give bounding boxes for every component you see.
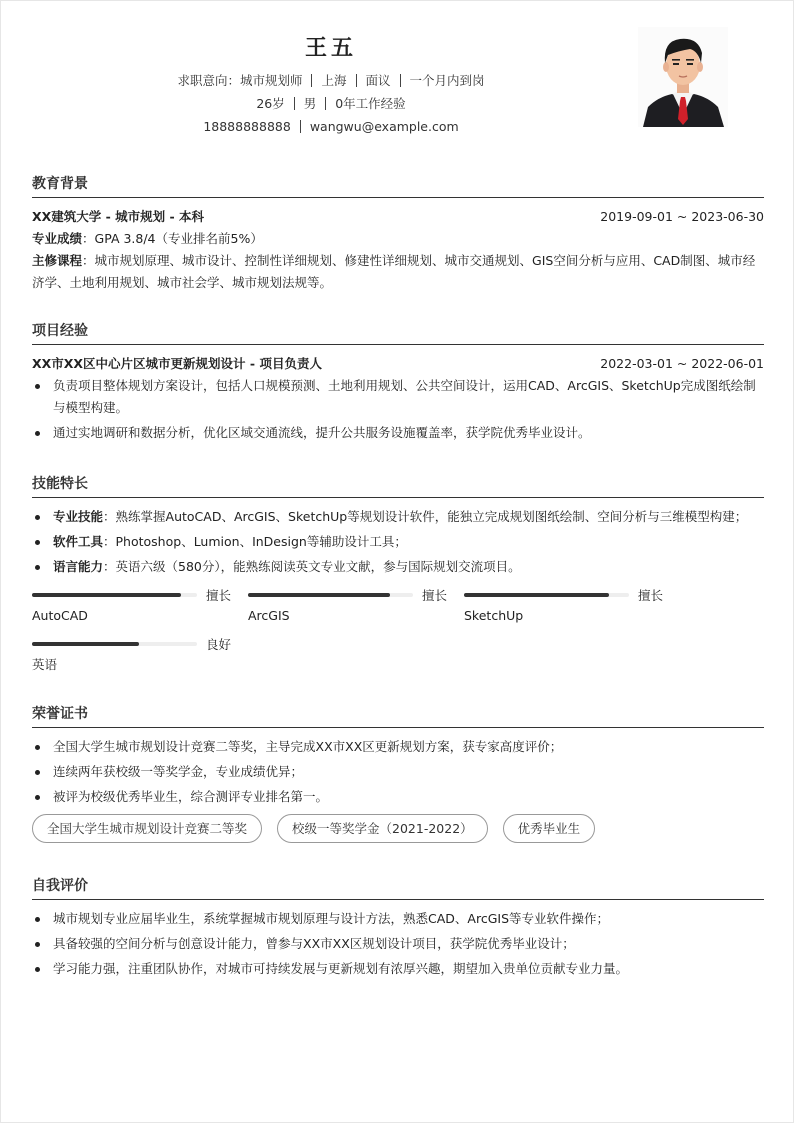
person-portrait-icon bbox=[638, 27, 728, 127]
progress-bar bbox=[464, 593, 629, 597]
skill-text: ：熟练掌握AutoCAD、ArcGIS、SketchUp等规划设计软件，能独立完… bbox=[103, 509, 747, 524]
basic-info-line: 26岁男0年工作经验 bbox=[1, 95, 661, 113]
self-evaluation-section: 自我评价 城市规划专业应届毕业生，系统掌握城市规划原理与设计方法，熟悉CAD、A… bbox=[32, 875, 764, 983]
skill-name: 英语 bbox=[32, 654, 248, 676]
honors-section: 荣誉证书 全国大学生城市规划设计竞赛二等奖，主导完成XX市XX区更新规划方案，获… bbox=[32, 703, 764, 843]
location: 上海 bbox=[321, 73, 346, 88]
avatar bbox=[638, 27, 728, 127]
separator bbox=[294, 97, 295, 110]
honor-tag: 校级一等奖学金（2021-2022） bbox=[277, 814, 488, 843]
list-item: 学习能力强，注重团队协作，对城市可持续发展与更新规划有浓厚兴趣，期望加入贵单位贡… bbox=[32, 958, 764, 980]
skill-level: 良好 bbox=[206, 635, 231, 653]
salary: 面议 bbox=[366, 73, 391, 88]
separator bbox=[311, 74, 312, 87]
list-item: 语言能力：英语六级（580分），能熟练阅读英文专业文献，参与国际规划交流项目。 bbox=[32, 556, 764, 578]
list-item: 专业技能：熟练掌握AutoCAD、ArcGIS、SketchUp等规划设计软件，… bbox=[32, 506, 764, 528]
list-item: 具备较强的空间分析与创意设计能力，曾参与XX市XX区规划设计项目，获学院优秀毕业… bbox=[32, 933, 764, 955]
resume-header: 王五 求职意向：城市规划师上海面议一个月内到岗 26岁男0年工作经验 18888… bbox=[1, 1, 794, 151]
list-item: 软件工具：Photoshop、Lumion、InDesign等辅助设计工具； bbox=[32, 531, 764, 553]
courses-label: 主修课程 bbox=[32, 253, 82, 268]
separator bbox=[356, 74, 357, 87]
email[interactable]: wangwu@example.com bbox=[310, 119, 459, 134]
skill-name: ArcGIS bbox=[248, 605, 464, 627]
gpa-value: ：GPA 3.8/4（专业排名前5%） bbox=[82, 231, 263, 246]
job-intent-line: 求职意向：城市规划师上海面议一个月内到岗 bbox=[1, 72, 661, 90]
gpa-label: 专业成绩 bbox=[32, 231, 82, 246]
separator bbox=[300, 120, 301, 133]
skill-label: 语言能力 bbox=[53, 559, 103, 574]
experience: 0年工作经验 bbox=[335, 96, 405, 111]
gpa-line: 专业成绩：GPA 3.8/4（专业排名前5%） bbox=[32, 228, 764, 250]
honor-tag: 优秀毕业生 bbox=[503, 814, 596, 843]
progress-bar bbox=[248, 593, 413, 597]
progress-fill bbox=[464, 593, 609, 597]
education-date: 2019-09-01 ~ 2023-06-30 bbox=[600, 206, 764, 228]
contact-line: 18888888888wangwu@example.com bbox=[1, 118, 661, 136]
list-item: 负责项目整体规划方案设计，包括人口规模预测、土地利用规划、公共空间设计，运用CA… bbox=[32, 375, 764, 419]
skill-text: ：英语六级（580分），能熟练阅读英文专业文献，参与国际规划交流项目。 bbox=[103, 559, 521, 574]
skill-bar-sketchup: 擅长 SketchUp bbox=[464, 586, 680, 627]
section-title: 荣誉证书 bbox=[32, 703, 764, 728]
courses-value: ：城市规划原理、城市设计、控制性详细规划、修建性详细规划、城市交通规划、GIS空… bbox=[32, 253, 755, 290]
skill-name: AutoCAD bbox=[32, 605, 248, 627]
list-item: 全国大学生城市规划设计竞赛二等奖，主导完成XX市XX区更新规划方案，获专家高度评… bbox=[32, 736, 764, 758]
skill-bar-english: 良好 英语 bbox=[32, 635, 248, 676]
school-line: XX建筑大学 - 城市规划 - 本科 bbox=[32, 206, 204, 228]
projects-section: 项目经验 XX市XX区中心片区城市更新规划设计 - 项目负责人 2022-03-… bbox=[32, 320, 764, 447]
gender: 男 bbox=[304, 96, 317, 111]
skills-section: 技能特长 专业技能：熟练掌握AutoCAD、ArcGIS、SketchUp等规划… bbox=[32, 473, 764, 684]
progress-bar bbox=[32, 593, 197, 597]
list-item: 连续两年获校级一等奖学金，专业成绩优异； bbox=[32, 761, 764, 783]
separator bbox=[400, 74, 401, 87]
candidate-name: 王五 bbox=[1, 31, 661, 62]
section-title: 项目经验 bbox=[32, 320, 764, 345]
skill-level: 擅长 bbox=[638, 586, 663, 604]
skill-bar-autocad: 擅长 AutoCAD bbox=[32, 586, 248, 627]
skill-bars: 擅长 AutoCAD 擅长 ArcGIS 擅长 SketchUp 良好 英语 bbox=[32, 586, 764, 684]
courses-line: 主修课程：城市规划原理、城市设计、控制性详细规划、修建性详细规划、城市交通规划、… bbox=[32, 250, 764, 294]
job-intent: 求职意向：城市规划师 bbox=[177, 73, 302, 88]
availability: 一个月内到岗 bbox=[410, 73, 485, 88]
project-entry-header: XX市XX区中心片区城市更新规划设计 - 项目负责人 2022-03-01 ~ … bbox=[32, 353, 764, 375]
education-section: 教育背景 XX建筑大学 - 城市规划 - 本科 2019-09-01 ~ 202… bbox=[32, 173, 764, 294]
skill-bullets: 专业技能：熟练掌握AutoCAD、ArcGIS、SketchUp等规划设计软件，… bbox=[32, 506, 764, 578]
skill-text: ：Photoshop、Lumion、InDesign等辅助设计工具； bbox=[103, 534, 407, 549]
skill-label: 软件工具 bbox=[53, 534, 103, 549]
self-eval-bullets: 城市规划专业应届毕业生，系统掌握城市规划原理与设计方法，熟悉CAD、ArcGIS… bbox=[32, 908, 764, 980]
progress-fill bbox=[32, 642, 139, 646]
progress-fill bbox=[248, 593, 390, 597]
progress-fill bbox=[32, 593, 181, 597]
skill-level: 擅长 bbox=[422, 586, 447, 604]
honor-bullets: 全国大学生城市规划设计竞赛二等奖，主导完成XX市XX区更新规划方案，获专家高度评… bbox=[32, 736, 764, 808]
separator bbox=[325, 97, 326, 110]
honor-tags: 全国大学生城市规划设计竞赛二等奖 校级一等奖学金（2021-2022） 优秀毕业… bbox=[32, 814, 764, 843]
progress-bar bbox=[32, 642, 197, 646]
skill-bar-arcgis: 擅长 ArcGIS bbox=[248, 586, 464, 627]
age: 26岁 bbox=[256, 96, 284, 111]
project-date: 2022-03-01 ~ 2022-06-01 bbox=[600, 353, 764, 375]
section-title: 技能特长 bbox=[32, 473, 764, 498]
resume-page: 王五 求职意向：城市规划师上海面议一个月内到岗 26岁男0年工作经验 18888… bbox=[0, 0, 794, 1123]
skill-level: 擅长 bbox=[206, 586, 231, 604]
list-item: 城市规划专业应届毕业生，系统掌握城市规划原理与设计方法，熟悉CAD、ArcGIS… bbox=[32, 908, 764, 930]
skill-name: SketchUp bbox=[464, 605, 680, 627]
list-item: 通过实地调研和数据分析，优化区域交通流线，提升公共服务设施覆盖率，获学院优秀毕业… bbox=[32, 422, 764, 444]
project-bullets: 负责项目整体规划方案设计，包括人口规模预测、土地利用规划、公共空间设计，运用CA… bbox=[32, 375, 764, 444]
section-title: 教育背景 bbox=[32, 173, 764, 198]
list-item: 被评为校级优秀毕业生，综合测评专业排名第一。 bbox=[32, 786, 764, 808]
skill-label: 专业技能 bbox=[53, 509, 103, 524]
section-title: 自我评价 bbox=[32, 875, 764, 900]
education-entry-header: XX建筑大学 - 城市规划 - 本科 2019-09-01 ~ 2023-06-… bbox=[32, 206, 764, 228]
phone: 18888888888 bbox=[203, 119, 290, 134]
project-name: XX市XX区中心片区城市更新规划设计 - 项目负责人 bbox=[32, 353, 322, 375]
honor-tag: 全国大学生城市规划设计竞赛二等奖 bbox=[32, 814, 262, 843]
